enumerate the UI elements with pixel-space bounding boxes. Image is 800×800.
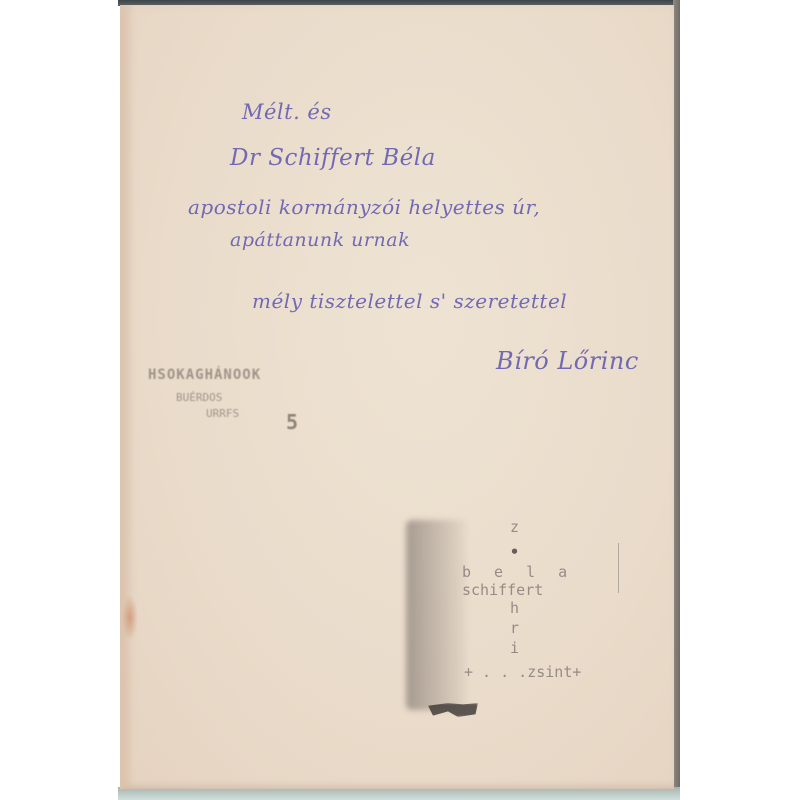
typed-line: schiffert xyxy=(462,581,543,599)
typed-line: i xyxy=(510,639,519,657)
typed-line: z xyxy=(510,518,519,536)
typed-line: + . . .zsint+ xyxy=(464,663,581,681)
foxing-stain xyxy=(122,595,138,640)
stamp-line-1: HSOKAGHÁNOOK xyxy=(148,367,261,383)
page-gutter-shadow xyxy=(120,5,134,789)
flyleaf-page: Mélt. és Dr Schiffert Béla apostoli korm… xyxy=(120,5,674,789)
stamp-line-2: BUÉRDOS xyxy=(176,391,222,404)
stamp-number-mark: 5 xyxy=(286,410,298,434)
book-photo: Mélt. és Dr Schiffert Béla apostoli korm… xyxy=(0,0,800,800)
dedication-line-5: mély tisztelettel s' szeretettel xyxy=(252,289,567,313)
typed-line: • xyxy=(510,543,519,561)
ink-smudge xyxy=(406,520,466,710)
typed-line: r xyxy=(510,619,519,637)
stamp-line-3: URRFS xyxy=(206,407,239,420)
typed-line: h xyxy=(510,599,519,617)
typed-vertical-rule xyxy=(618,543,619,593)
book-spine-edge xyxy=(673,0,680,790)
rubber-stamp: HSOKAGHÁNOOK BUÉRDOS URRFS 5 xyxy=(148,367,338,437)
dedication-line-1: Mélt. és xyxy=(242,100,332,124)
signature: Bíró Lőrinc xyxy=(496,347,639,375)
dedication-line-4: apáttanunk urnak xyxy=(230,229,410,251)
dedication-line-3: apostoli kormányzói helyettes úr, xyxy=(188,195,540,219)
dedication-line-2: Dr Schiffert Béla xyxy=(230,145,436,171)
ink-blot xyxy=(428,703,478,717)
typewritten-stamp: z • b e l a schiffert h r i + . . .zsint… xyxy=(406,495,626,725)
typed-line: b e l a xyxy=(462,563,574,581)
